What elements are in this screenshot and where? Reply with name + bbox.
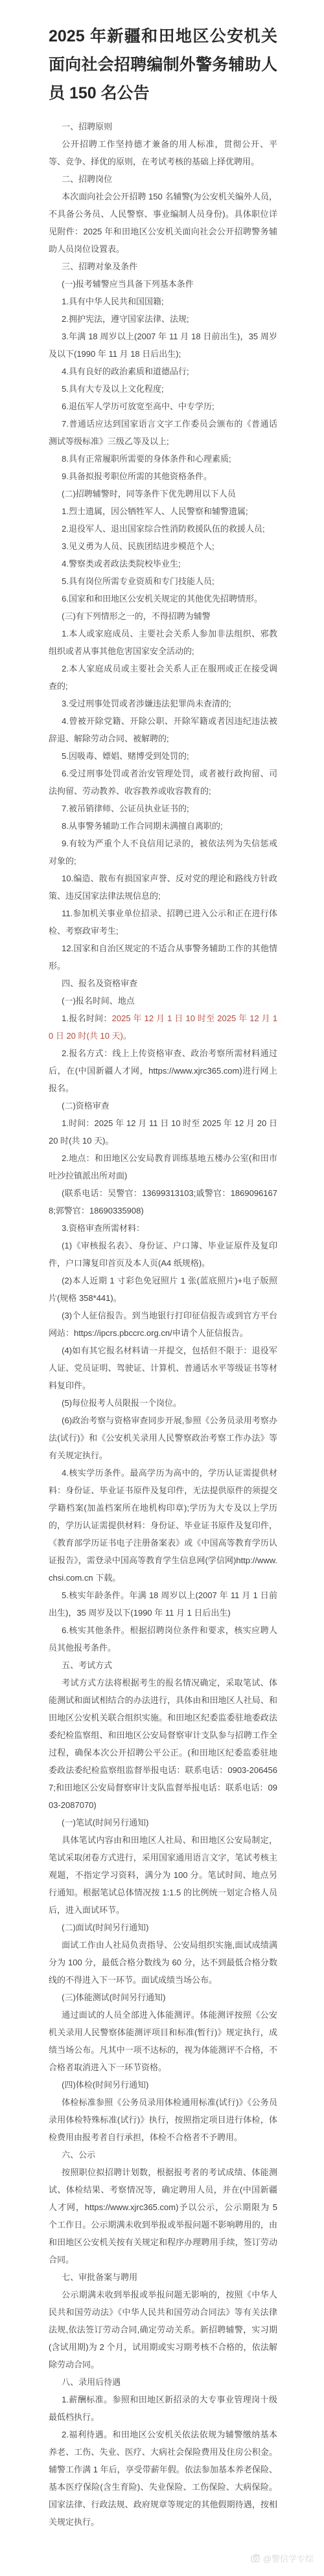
paragraph: 9.有较为严重个人不良信用记录的，被依法列为失信惩戒对象的; [49, 835, 277, 870]
paragraph: 通过面试的人员全部进入体能测评。体能测评按照《公安机关录用人民警察体能测评项目和… [49, 2006, 277, 2076]
paragraph: 二、招聘岗位 [49, 170, 277, 188]
paragraph: 2.报名方式：线上上传资格审查、政治考察所需材料通过后，在(中国新疆人才网，ht… [49, 1045, 277, 1097]
paragraph: 4.警察类或者政法类院校毕业生; [49, 555, 277, 572]
paragraph: 一、招聘原则 [49, 118, 277, 135]
paragraph: 4.具有良好的政治素质和道德品行; [49, 363, 277, 380]
paragraph: 七、审批备案与聘用 [49, 2268, 277, 2286]
paragraph: (二)资格审查 [49, 1097, 277, 1114]
paragraph: (5)每位报考人员限报一个岗位。 [49, 1394, 277, 1412]
paragraph: (2)本人近期 1 寸彩色免冠照片 1 张(蓝底照片)+电子版照片(规格 358… [49, 1272, 277, 1307]
announcement-document: 2025 年新疆和田地区公安机关面向社会招聘编制外警务辅助人员 150 名公告一… [0, 0, 324, 2576]
paragraph: 12.国家和自治区规定的不适合从事警务辅助工作的其他情形。 [49, 940, 277, 975]
paragraph: 四、报名及资格审查 [49, 975, 277, 992]
paragraph: (一)笔试(时间另行通知) [49, 1814, 277, 1831]
paragraph: (二)招聘辅警时，同等条件下优先聘用以下人员 [49, 485, 277, 503]
paragraph: 1.时间：2025 年 12 月 11 日 10 时至 2025 年 12 月 … [49, 1114, 277, 1149]
paragraph: 10.编造、散布有损国家声誉、反对党的理论和路线方针政策、违反国家法律法规信息的… [49, 870, 277, 905]
watermark: @警信学专综 [251, 2552, 314, 2564]
paragraph: 2.福利待遇。和田地区公安机关依法依规为辅警缴纳基本养老、工伤、失业、医疗、大病… [49, 2426, 277, 2531]
weibo-camera-icon [251, 2554, 260, 2562]
paragraph: 1.烈士遗属，因公牺牲军人、人民警察和辅警遗属; [49, 503, 277, 520]
paragraph: (一)报考辅警应当具备下列基本条件 [49, 275, 277, 293]
paragraph: 7.被吊销律师、公证员执业证书的; [49, 800, 277, 817]
paragraph: 9.具备拟报考职位所需的其他资格条件。 [49, 468, 277, 485]
paragraph: 六、公示 [49, 2146, 277, 2164]
paragraph: 考试方式方法将根据考生的报名情况确定，采取笔试、体能测试和面试相结合的办法进行，… [49, 1674, 277, 1814]
paragraph: 1.具有中华人民共和国国籍; [49, 293, 277, 310]
watermark-text: @警信学专综 [263, 2552, 314, 2564]
paragraph: 三、招聘对象及条件 [49, 258, 277, 275]
paragraph: 6.核实其他条件。根据招聘岗位条件和要求，核实应聘人员其他报考条件。 [49, 1621, 277, 1656]
paragraph: 5.具有大专及以上文化程度; [49, 380, 277, 398]
paragraph: 公示期满未收到举报或举报问题无影响的，按照《中华人民共和国劳动法》《中华人民共和… [49, 2286, 277, 2373]
paragraph: 2.本人家庭成员或主要社会关系人正在服刑或正在接受调查的; [49, 660, 277, 695]
paragraph: 本次面向社会公开招聘 150 名辅警(为公安机关编外人员，不具备公务员、人民警察… [49, 188, 277, 258]
paragraph: (3)个人征信报告。到当地银行打印征信报告或到官方平台网站：https://ip… [49, 1307, 277, 1342]
paragraph: 5.核实年龄条件。年满 18 周岁以上(2007 年 11 月 1 日前出生)，… [49, 1587, 277, 1621]
paragraph: 1.本人或家庭成员、主要社会关系人参加非法组织、邪教组织或者从事其他危害国家安全… [49, 625, 277, 660]
paragraph: 11.参加机关事业单位招录、招聘已进入公示和正在进行体检、考察政审考生; [49, 905, 277, 940]
paragraph: (一)报名时间、地点 [49, 992, 277, 1010]
paragraph: 3.见义勇为人员、民族团结进步模范个人; [49, 537, 277, 555]
paragraph: (联系电话：吴警官：13699313103;戚警官：18690961678;郭警… [49, 1184, 277, 1219]
paragraph: 2.拥护宪法，遵守国家法律、法规; [49, 310, 277, 328]
paragraph: 体检标准参照《公务员录用体检通用标准(试行)》《公务员录用体检特殊标准(试行)》… [49, 2094, 277, 2146]
paragraph: 按照职位拟招聘计划数，根据报考者的考试成绩、体能测试、体检结果、考察情况等，确定… [49, 2164, 277, 2268]
paragraph: 6.国家和和田地区公安机关规定的其他优先招聘情形。 [49, 590, 277, 607]
paragraph: 公开招聘工作坚持德才兼备的用人标准，贯彻公开、平等、竞争、择优的原则，在考试考核… [49, 135, 277, 170]
paragraph: 5.具有岗位所需专业资质和专门技能人员; [49, 572, 277, 590]
paragraph: (4)如有其它报名材料请一并提交，包括但不限于：退役军人证、党员证明、驾驶证、计… [49, 1342, 277, 1394]
paragraph: 8.从事警务辅助工作合同期未满擅自离职的; [49, 817, 277, 835]
document-content: 2025 年新疆和田地区公安机关面向社会招聘编制外警务辅助人员 150 名公告一… [49, 22, 277, 2531]
paragraph: 7.普通话应达到国家语言文字工作委员会颁布的《普通话测试等级标准》三级乙等及以上… [49, 415, 277, 450]
paragraph: 6.受过刑事处罚或者治安管理处罚，或者被行政拘留、司法拘留、劳动教养、收容教养或… [49, 765, 277, 800]
paragraph: 8.具有正常履职所需要的身体条件和心理素质; [49, 450, 277, 468]
paragraph: (二)面试(时间另行通知) [49, 1919, 277, 1936]
paragraph: 1.报名时间：2025 年 12 月 1 日 10 时至 2025 年 12 月… [49, 1010, 277, 1045]
paragraph: 4.曾被开除党籍、开除公职、开除军籍或者因违纪违法被辞退、解除劳动合同、被解聘的… [49, 712, 277, 747]
paragraph: 6.退伍军人学历可放宽至高中、中专学历; [49, 398, 277, 415]
paragraph: 八、录用后待遇 [49, 2373, 277, 2391]
paragraph: 1.薪酬标准。参照和田地区新招录的大专事业管理岗十级最低档执行。 [49, 2391, 277, 2426]
paragraph: (1)《审核报名表》、身份证、户口簿、毕业证原件及复印件，户口簿复印首页及本人页… [49, 1237, 277, 1272]
paragraph: (三)体能测试(时间另行通知) [49, 1989, 277, 2006]
paragraph: 4.核实学历条件。最高学历为高中的，学历认证需提供材料：身份证、毕业证书原件及复… [49, 1464, 277, 1587]
paragraph: 2.退役军人、退出国家综合性消防救援队伍的救援人员; [49, 520, 277, 537]
paragraph: 5.因吸毒、嫖娼、赌博受到处罚的; [49, 747, 277, 765]
paragraph: 3.年满 18 周岁以上(2007 年 11 月 18 日前出生)，35 周岁及… [49, 328, 277, 363]
paragraph: 3.受过刑事处罚或者涉嫌违法犯罪尚未查清的; [49, 695, 277, 712]
paragraph: 五、考试方式 [49, 1656, 277, 1674]
page-title: 2025 年新疆和田地区公安机关面向社会招聘编制外警务辅助人员 150 名公告 [49, 22, 277, 107]
paragraph: 2.地点：和田地区公安局教育训练基地五楼办公室(和田市吐沙拉镇派出所对面) [49, 1149, 277, 1184]
paragraph: 3.资格审查所需材料： [49, 1219, 277, 1237]
paragraph: 具体笔试内容由和田地区人社局、和田地区公安局制定，笔试采取闭卷方式进行，采用国家… [49, 1831, 277, 1919]
paragraph: 面试工作由人社局负责指导、公安局组织实施,面试成绩满分为 100 分，最低合格分… [49, 1936, 277, 1989]
paragraph: (四)体检(时间另行通知) [49, 2076, 277, 2094]
paragraph: (三)有下列情形之一的，不得招聘为辅警 [49, 607, 277, 625]
paragraph: (6)政治考察与资格审查同步开展,参照《公务员录用考察办法(试行)》和《公安机关… [49, 1412, 277, 1464]
